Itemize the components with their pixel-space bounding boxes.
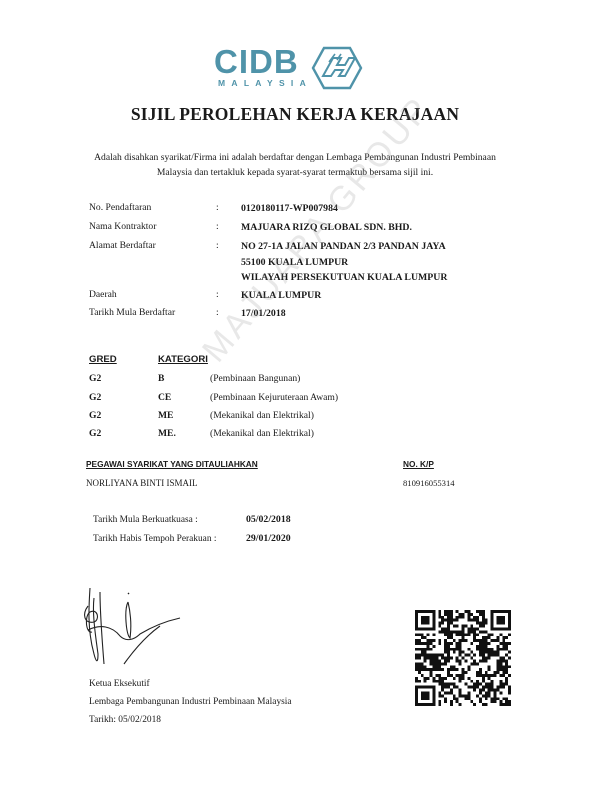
intro-text: Adalah disahkan syarikat/Firma ini adala… [60,150,530,180]
officer-name: NORLIYANA BINTI ISMAIL [86,478,198,488]
expiry-date-label: Tarikh Habis Tempoh Perakuan : [93,534,216,544]
category-header: KATEGORI [158,354,208,365]
category-description: (Pembinaan Bangunan) [210,373,300,384]
contractor-value: MAJUARA RIZQ GLOBAL SDN. BHD. [241,220,412,235]
signature-icon [80,584,190,669]
logo-name: CIDB [214,44,299,80]
signatory-title: Ketua Eksekutif [89,679,150,689]
colon: : [216,221,219,232]
logo-subtitle: MALAYSIA [218,78,312,88]
registration-value: 0120180117-WP007984 [241,201,338,216]
category-cell: CE [158,392,171,403]
grade-cell: G2 [89,392,101,403]
grade-cell: G2 [89,373,101,384]
intro-line-1: Adalah disahkan syarikat/Firma ini adala… [60,150,530,165]
officer-id-number: 810916055314 [403,478,455,488]
grade-cell: G2 [89,428,101,439]
address-value: NO 27-1A JALAN PANDAN 2/3 PANDAN JAYA 55… [241,239,447,286]
id-header: NO. K/P [403,459,434,469]
expiry-date-value: 29/01/2020 [246,533,291,544]
address-line-2: 55100 KUALA LUMPUR [241,255,447,271]
qr-code-icon [415,610,511,706]
effective-date-label: Tarikh Mula Berkuatkuasa : [93,515,198,525]
address-label: Alamat Berdaftar [89,240,156,251]
district-label: Daerah [89,289,117,300]
officer-header: PEGAWAI SYARIKAT YANG DITAULIAHKAN [86,459,258,469]
contractor-label: Nama Kontraktor [89,221,156,232]
colon: : [216,307,219,318]
colon: : [216,289,219,300]
grades-table: GRED KATEGORI G2 B (Pembinaan Bangunan) … [89,354,389,444]
start-date-value: 17/01/2018 [241,306,286,321]
category-description: (Pembinaan Kejuruteraan Awam) [210,392,338,403]
grade-header: GRED [89,354,117,365]
signatory-organization: Lembaga Pembangunan Industri Pembinaan M… [89,697,292,707]
colon: : [216,240,219,251]
colon: : [216,202,219,213]
signature-date: Tarikh: 05/02/2018 [89,715,161,725]
address-line-3: WILAYAH PERSEKUTUAN KUALA LUMPUR [241,270,447,286]
effective-date-value: 05/02/2018 [246,514,291,525]
cidb-logo: CIDB MALAYSIA [214,44,364,92]
cidb-hexagon-logo-icon [311,46,363,90]
category-description: (Mekanikal dan Elektrikal) [210,410,314,421]
address-line-1: NO 27-1A JALAN PANDAN 2/3 PANDAN JAYA [241,239,447,255]
certificate-title: SIJIL PEROLEHAN KERJA KERAJAAN [0,104,590,125]
grade-cell: G2 [89,410,101,421]
category-cell: ME [158,410,173,421]
category-description: (Mekanikal dan Elektrikal) [210,428,314,439]
category-cell: ME. [158,428,176,439]
district-value: KUALA LUMPUR [241,288,321,303]
registration-label: No. Pendaftaran [89,202,151,213]
category-cell: B [158,373,164,384]
intro-line-2: Malaysia dan tertakluk kepada syarat-sya… [60,165,530,180]
start-date-label: Tarikh Mula Berdaftar [89,307,175,318]
